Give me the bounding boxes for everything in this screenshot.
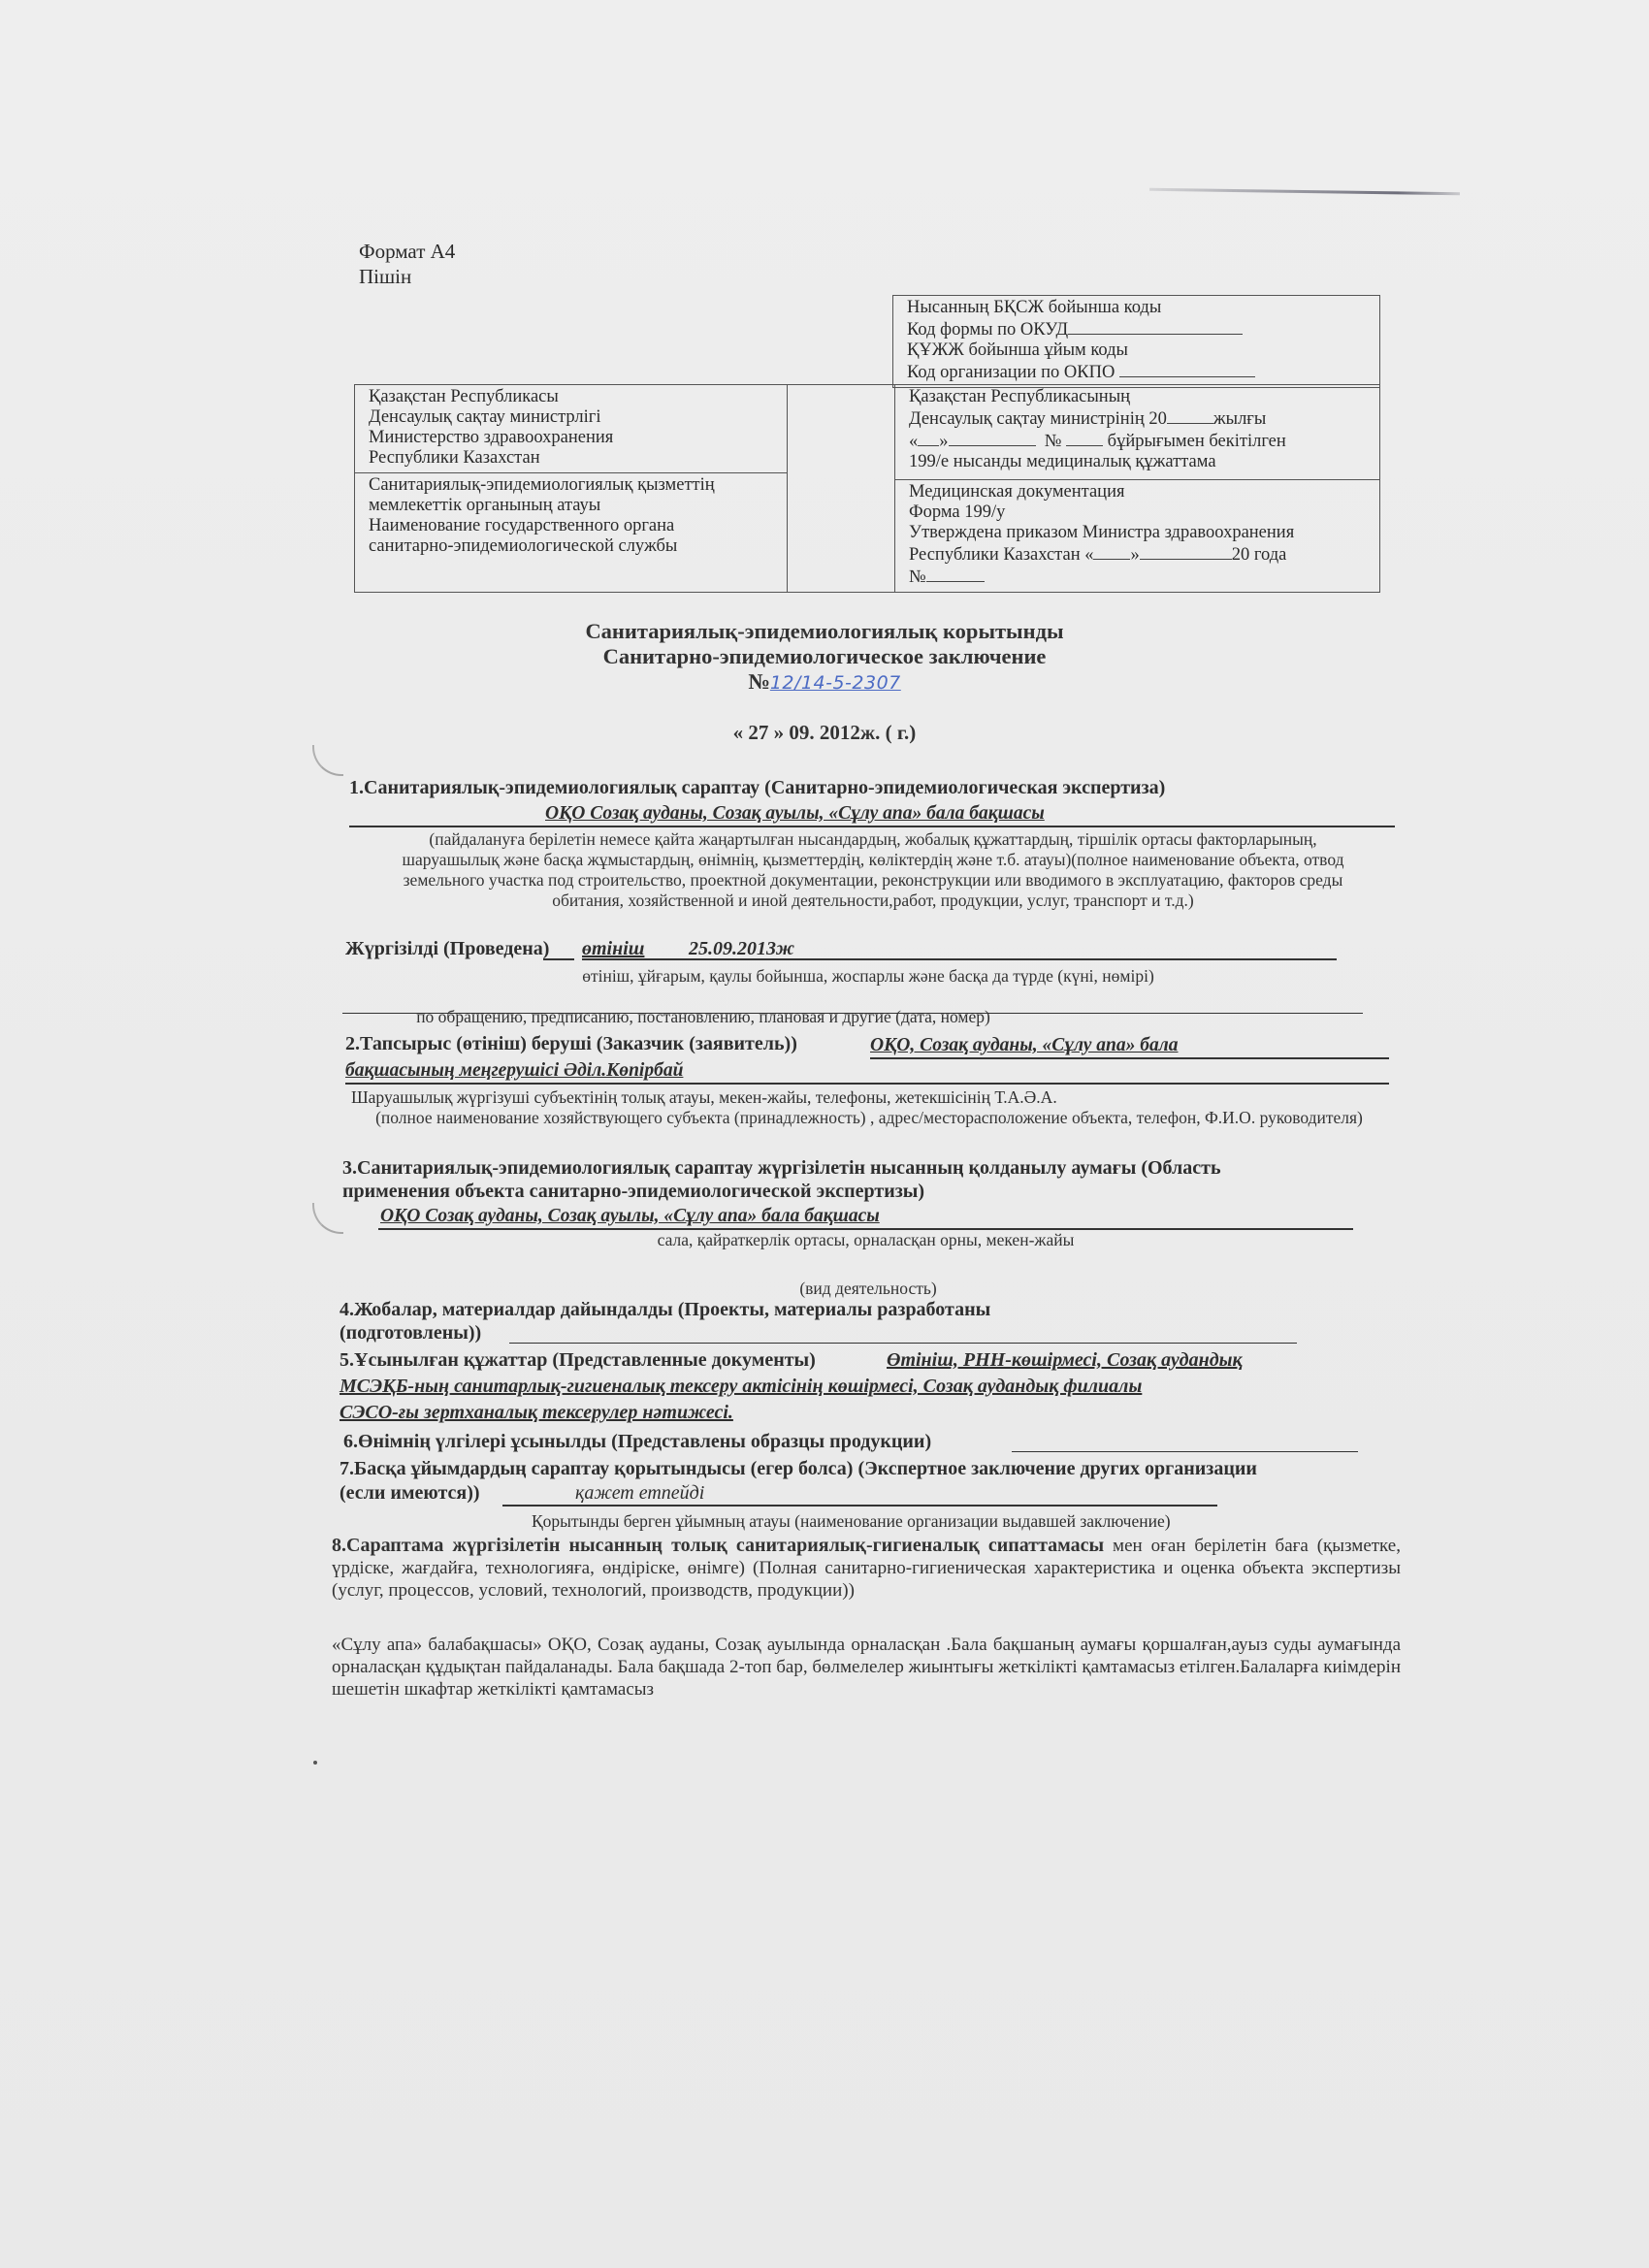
conducted-date: 25.09.2013ж — [689, 937, 794, 960]
approval-kz-cell: Қазақстан Республикасының Денсаулық сақт… — [894, 384, 1380, 480]
ministry-line: Республики Казахстан — [369, 448, 787, 469]
fill-line — [345, 1083, 1389, 1085]
conclusion-number: №12/14-5-2307 — [0, 669, 1649, 696]
approval-ru-cell: Медицинская документация Форма 199/у Утв… — [894, 479, 1380, 593]
format-label: Формат А4 — [359, 239, 455, 264]
conducted-label: Жүргізілді (Проведена) — [345, 937, 549, 960]
conducted-note-ru: по обращению, предписанию, постановлению… — [339, 1007, 1067, 1027]
fill-line — [509, 1343, 1297, 1344]
section6-heading: 6.Өнімнің үлгілері ұсынылды (Представлен… — [343, 1430, 931, 1453]
section3-heading-line1: 3.Санитариялық-эпидемиологиялық сараптау… — [342, 1156, 1221, 1180]
title-kz: Санитариялық-эпидемиологиялық корытынды — [0, 619, 1649, 644]
fill-line — [582, 958, 1337, 960]
fill-line — [1012, 1451, 1358, 1452]
approval-line: 199/е нысанды медициналық құжаттама — [909, 452, 1379, 472]
approval-line: Республики Казахстан «»20 года — [909, 543, 1379, 566]
section2-note-kz: Шаруашылық жүргізуші субъектінің толық а… — [351, 1085, 1057, 1109]
section7-heading-line1: 7.Басқа ұйымдардың сараптау қорытындысы … — [339, 1457, 1257, 1480]
section5-value-line2: МСЭҚБ-ның санитарлық-гигиеналық тексеру … — [339, 1375, 1142, 1398]
section1-heading: 1.Санитариялық-эпидемиологиялық сараптау… — [349, 776, 1165, 799]
handwritten-number: 12/14-5-2307 — [770, 672, 901, 694]
conclusion-date: « 27 » 09. 2012ж. ( г.) — [0, 720, 1649, 745]
fill-line — [349, 826, 1395, 827]
scan-artifact-line — [1149, 188, 1460, 195]
section5-value-line1: Өтініш, РНН-көшірмесі, Созақ аудандық — [887, 1348, 1243, 1372]
form-label: Пішін — [359, 264, 455, 289]
format-label-block: Формат А4 Пішін — [359, 239, 455, 289]
section5-heading: 5.Ұсынылған құжаттар (Представленные док… — [339, 1348, 816, 1372]
section3-heading-line2: применения объекта санитарно-эпидемиолог… — [342, 1180, 924, 1203]
code-line: Код организации по ОКПО — [907, 361, 1379, 383]
title-ru: Санитарно-эпидемиологическое заключение — [0, 644, 1649, 669]
section7-note: Қорытынды берген ұйымның атауы (наименов… — [532, 1509, 1171, 1533]
scan-speck — [313, 1761, 317, 1765]
fill-line — [543, 958, 574, 960]
code-line: Код формы по ОКУД — [907, 318, 1379, 340]
scanned-page: Формат А4 Пішін Нысанның БҚСЖ бойынша ко… — [0, 0, 1649, 2268]
punch-hole-mark — [312, 745, 343, 776]
ministry-line: Денсаулық сақтау министрлігі — [369, 407, 787, 428]
section2-note-ru: (полное наименование хозяйствующего субъ… — [345, 1108, 1393, 1128]
section8-body: «Сұлу апа» балабақшасы» ОҚО, Созақ аудан… — [332, 1634, 1401, 1701]
section3-note-ru: (вид деятельность) — [339, 1279, 1397, 1299]
organ-line: мемлекеттік органының атауы — [369, 496, 787, 516]
section3-note: сала, қайраткерлік ортасы, орналасқан ор… — [378, 1230, 1353, 1250]
ministry-line: Министерство здравоохранения — [369, 428, 787, 448]
organ-line: Санитариялық-эпидемиологиялық қызметтің — [369, 475, 787, 496]
approval-line: Форма 199/у — [909, 502, 1379, 523]
section4-heading-line2: (подготовлены)) — [339, 1321, 481, 1345]
section2-heading: 2.Тапсырыс (өтініш) беруші (Заказчик (за… — [345, 1032, 797, 1055]
code-line: ҚҰЖЖ бойынша ұйым коды — [907, 340, 1379, 361]
approval-line: Медицинская документация — [909, 482, 1379, 502]
ministry-line: Қазақстан Республикасы — [369, 387, 787, 407]
organ-name-cell: Санитариялық-эпидемиологиялық қызметтің … — [354, 472, 788, 593]
section3-value: ОҚО Созақ ауданы, Созақ ауылы, «Сұлу апа… — [380, 1205, 880, 1228]
code-line: Нысанның БҚСЖ бойынша коды — [907, 298, 1379, 318]
fill-line — [502, 1505, 1217, 1507]
conducted-basis: өтініш — [582, 937, 644, 960]
approval-line: Утверждена приказом Министра здравоохран… — [909, 523, 1379, 543]
approval-line: Қазақстан Республикасының — [909, 387, 1379, 407]
section2-value-line2: бақшасының меңгерушісі Әділ.Көпірбай — [345, 1059, 683, 1083]
section1-value: ОҚО Созақ ауданы, Созақ ауылы, «Сұлу апа… — [545, 802, 1045, 826]
section5-value-line3: СЭСО-ғы зертханалық тексерулер нәтижесі. — [339, 1401, 733, 1424]
ministry-cell: Қазақстан Республикасы Денсаулық сақтау … — [354, 384, 788, 473]
section1-note: (пайдалануға берілетін немесе қайта жаңа… — [388, 829, 1358, 911]
section2-value-line1: ОҚО, Созақ ауданы, «Сұлу апа» бала — [870, 1034, 1179, 1057]
approval-line: № — [909, 566, 1379, 588]
section8-heading: 8.Сараптама жүргізілетін нысанның толық … — [332, 1535, 1401, 1602]
organ-line: санитарно-эпидемиологической службы — [369, 536, 787, 557]
section4-heading-line1: 4.Жобалар, материалдар дайындалды (Проек… — [339, 1298, 990, 1321]
blank-middle-cell — [787, 384, 895, 593]
punch-hole-mark — [312, 1203, 343, 1234]
section7-value: қажет етпейді — [575, 1481, 704, 1505]
fill-line — [870, 1057, 1389, 1059]
approval-line: Денсаулық сақтау министрінің 20жылғы — [909, 407, 1379, 430]
form-code-box: Нысанның БҚСЖ бойынша коды Код формы по … — [892, 295, 1380, 388]
approval-line: «» № бұйрығымен бекітілген — [909, 430, 1379, 452]
conducted-note-kz: өтініш, ұйғарым, қаулы бойынша, жоспарлы… — [339, 966, 1397, 987]
organ-line: Наименование государственного органа — [369, 516, 787, 536]
section7-heading-line2: (если имеются)) — [339, 1481, 480, 1505]
